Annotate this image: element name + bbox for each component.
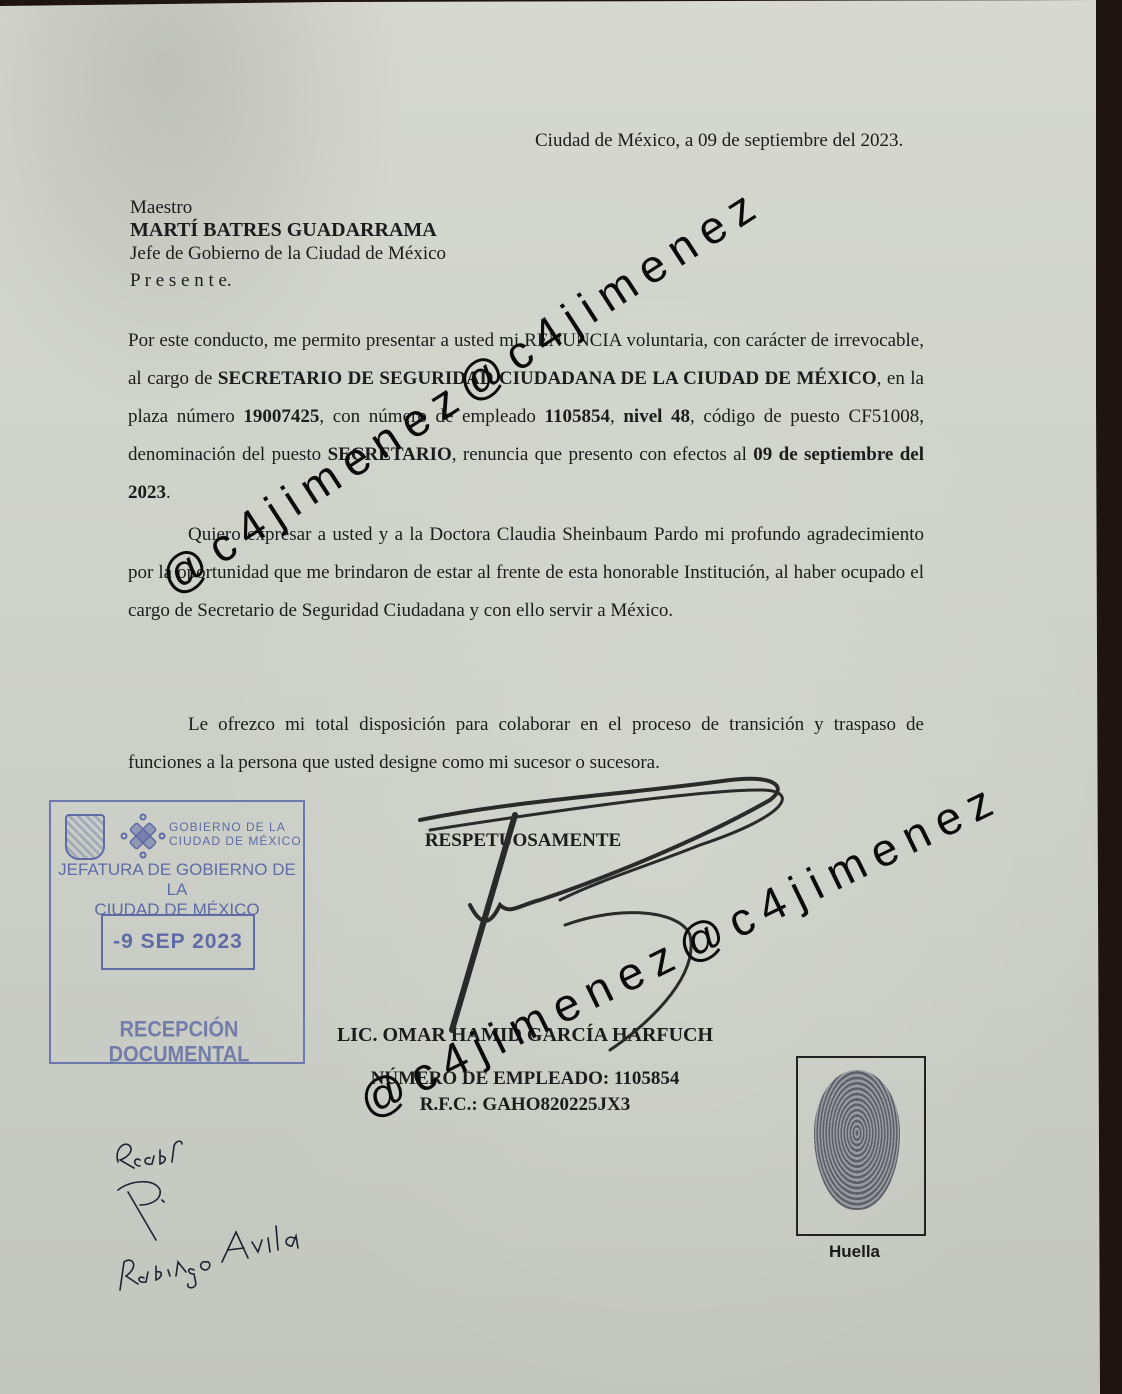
reception-stamp: GOBIERNO DE LACIUDAD DE MÉXICO JEFATURA … xyxy=(49,800,305,1064)
fingerprint-label: Huella xyxy=(829,1242,880,1262)
fingerprint-box xyxy=(796,1056,926,1236)
cdmx-logo-icon xyxy=(119,812,167,860)
cdmx-shield-icon xyxy=(65,814,105,860)
stamp-office: JEFATURA DE GOBIERNO DE LACIUDAD DE MÉXI… xyxy=(51,860,303,920)
stamp-org: GOBIERNO DE LACIUDAD DE MÉXICO xyxy=(169,820,302,848)
fingerprint-icon xyxy=(814,1070,900,1210)
recipient-name: MARTÍ BATRES GUADARRAMA xyxy=(130,219,437,242)
stamp-date: -9 SEP 2023 xyxy=(101,914,255,970)
recipient-title: Maestro xyxy=(130,197,192,219)
stamp-footer: RECEPCIÓN DOCUMENTAL xyxy=(57,1018,301,1069)
recipient-position: Jefe de Gobierno de la Ciudad de México xyxy=(130,243,446,265)
recipient-presente: P r e s e n t e. xyxy=(130,270,232,292)
paragraph-transition: Le ofrezco mi total disposición para col… xyxy=(128,706,924,782)
closing: RESPETUOSAMENTE xyxy=(405,830,641,852)
place-date: Ciudad de México, a 09 de septiembre del… xyxy=(535,130,903,152)
